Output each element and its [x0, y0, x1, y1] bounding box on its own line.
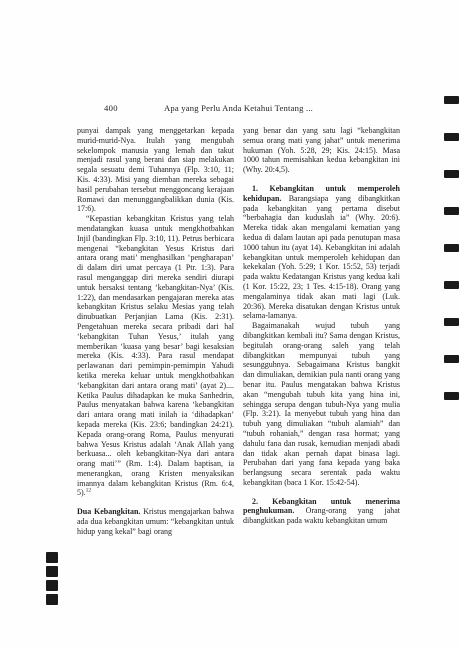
left-edge-scan-mark: [46, 580, 58, 591]
right-edge-scan-mark: [444, 244, 459, 252]
paragraph-dua-kebangkitan: Dua Kebangkitan. Kristus mengajarkan bah…: [77, 507, 234, 536]
right-edge-scan-mark: [444, 392, 459, 400]
paragraph-continuation-left: punyai dampak yang menggetarkan kepada m…: [77, 126, 234, 214]
right-edge-scan-mark: [444, 96, 459, 104]
paragraph-wujud-tubuh: Bagaimanakah wujud tubuh yang dibangkitk…: [243, 321, 400, 488]
paragraph-continuation-right: yang benar dan yang satu lagi “kebangkit…: [243, 126, 400, 175]
paragraph-kepastian: “Kepastian kebangkitan Kristus yang tela…: [77, 214, 234, 498]
paragraph-kebangkitan-1: 1. Kebangkitan untuk memperoleh kehidupa…: [243, 184, 400, 321]
footnote-reference: 12: [86, 488, 92, 494]
right-text-column: yang benar dan yang satu lagi “kebangkit…: [243, 126, 400, 526]
heading-dua-kebangkitan: Dua Kebangkitan.: [77, 507, 140, 516]
left-text-column: punyai dampak yang menggetarkan kepada m…: [77, 126, 234, 537]
running-header-title: Apa yang Perlu Anda Ketahui Tentang ...: [77, 103, 400, 114]
left-edge-scan-mark: [46, 594, 58, 605]
right-edge-scan-mark: [444, 355, 459, 363]
right-edge-scan-mark: [444, 318, 459, 326]
left-edge-scan-mark: [46, 566, 58, 577]
left-edge-scan-mark: [46, 552, 58, 563]
right-edge-scan-mark: [444, 170, 459, 178]
page: 400 Apa yang Perlu Anda Ketahui Tentang …: [0, 0, 460, 650]
paragraph-kebangkitan-2: 2. Kebangkitan untuk menerima penghukuma…: [243, 497, 400, 526]
right-edge-scan-mark: [444, 281, 459, 289]
right-edge-scan-mark: [444, 133, 459, 141]
right-edge-scan-mark: [444, 207, 459, 215]
